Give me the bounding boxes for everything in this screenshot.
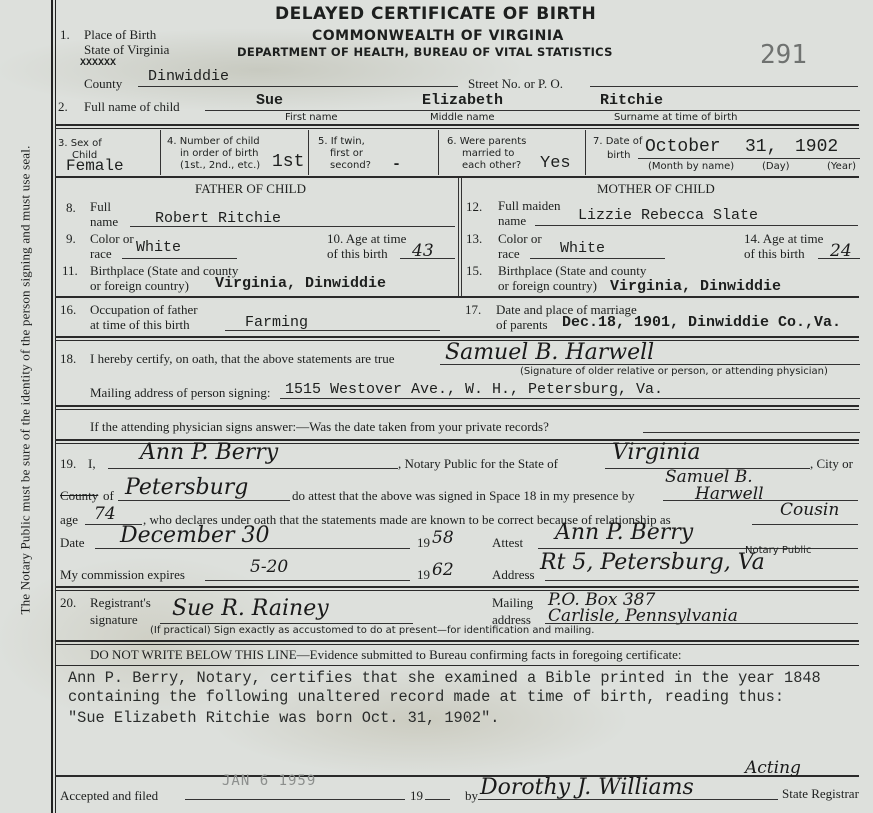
parents-divider [461,178,462,296]
dob-day: 31, [745,137,777,157]
underline [122,258,237,259]
mother-name-value: Lizzie Rebecca Slate [578,207,758,224]
notary-year-value: 58 [432,528,454,548]
twin-label: 5. If twin, [318,136,365,148]
accepted-filed-label: Accepted and filed [60,789,158,803]
mother-birthplace-value: Virginia, Dinwiddie [610,278,781,295]
father-name-label-2: name [90,215,118,229]
margin-note: The Notary Public must be sure of the id… [6,100,46,660]
notary-i-label: I, [88,457,96,471]
parents-divider [458,178,459,296]
physician-answer-line [643,432,860,433]
left-border-rule [51,0,53,813]
father-color-label: Color or [90,232,134,246]
rule [55,405,859,407]
county-value: Dinwiddie [148,68,229,85]
informant-signature: Samuel B. Harwell [445,340,654,365]
certify-label: I hereby certify, on oath, that the abov… [90,352,395,366]
certificate-number: 291 [760,40,807,70]
child-middle-name: Elizabeth [422,92,503,109]
of-label: of [103,489,114,503]
underline [95,548,410,549]
caption-year: (Year) [827,161,856,173]
field-18-number: 18. [60,352,76,366]
twin-value: - [392,156,401,173]
caption-surname: Surname at time of birth [614,112,737,123]
mother-color-label-2: race [498,247,520,261]
commission-value: 5-20 [250,557,288,577]
footer-year-prefix: 19 [410,789,423,803]
evidence-line-1: Ann P. Berry, Notary, certifies that she… [68,669,821,687]
caption-first-name: First name [285,112,338,123]
field-20-number: 20. [60,596,76,610]
registrant-mailing-label-2: address [492,613,531,627]
birth-certificate: The Notary Public must be sure of the id… [0,0,873,813]
registrant-label: Registrant's [90,596,151,610]
rule [55,409,859,410]
underline [225,330,440,331]
dob-underline [638,158,860,159]
twin-label-3: second? [330,160,371,172]
filed-date-stamp: JAN 6 1959 [222,773,316,789]
marriage-label-2: of parents [496,318,548,332]
year-prefix-label: 19 [417,568,430,582]
notary-date-label: Date [60,536,85,550]
occupation-label-2: at time of this birth [90,318,190,332]
notary-public-label: , Notary Public for the State of [398,457,558,471]
underline [280,398,860,399]
mother-age-label: 14. Age at time [744,232,823,246]
department-name: DEPARTMENT OF HEALTH, BUREAU OF VITAL ST… [237,45,613,59]
father-birthplace-label-2: or foreign country) [90,279,189,293]
father-age-label-2: of this birth [327,247,388,261]
notary-state-value: Virginia [612,440,701,465]
mother-birthplace-label-2: or foreign country) [498,279,597,293]
rule [55,128,859,129]
child-name-underline [205,110,860,111]
underline [818,258,860,259]
signature-caption: (Signature of older relative or person, … [520,366,828,377]
underline [545,623,858,624]
dob-label-2: birth [607,150,631,162]
caption-middle-name: Middle name [430,112,495,123]
document-subtitle: COMMONWEALTH OF VIRGINIA [312,28,564,44]
underline [160,623,413,624]
child-surname: Ritchie [600,92,663,109]
mailing-address-value: 1515 Westover Ave., W. H., Petersburg, V… [285,381,663,398]
rule [55,640,859,642]
registrar-signature: Dorothy J. Williams [480,775,694,800]
twin-label-2: first or [330,148,363,160]
rule [55,296,859,298]
county-underline [138,86,458,87]
city-or-label: , City or [810,457,853,471]
commission-year-value: 62 [432,560,454,580]
field-8-number: 8. [66,201,76,215]
married-label-3: each other? [462,160,521,172]
notary-date-value: December 30 [120,523,269,548]
evidence-line-3: "Sue Elizabeth Ritchie was born Oct. 31,… [68,709,499,727]
father-age-label: 10. Age at time [327,232,406,246]
rule [55,665,859,666]
box-divider [438,130,439,175]
underline [205,580,410,581]
box-divider [585,130,586,175]
underline [118,500,290,501]
rule [55,586,859,588]
field-12-number: 12. [466,200,482,214]
dob-label: 7. Date of [593,136,642,148]
birth-order-value: 1st [272,152,304,172]
underline [752,524,858,525]
caption-month: (Month by name) [648,161,734,173]
box-divider [308,130,309,175]
notary-city-value: Petersburg [125,475,248,500]
marriage-value: Dec.18, 1901, Dinwiddie Co.,Va. [562,314,841,331]
field-13-number: 13. [466,232,482,246]
notary-name-signature: Ann P. Berry [140,440,278,465]
sex-value: Female [66,157,124,175]
registrant-label-2: signature [90,613,138,627]
sex-label: 3. Sex of [58,138,102,150]
underline [130,226,455,227]
struck-out-text: XXXXXX [80,58,116,69]
underline [545,580,858,581]
mother-age-label-2: of this birth [744,247,805,261]
attest-signature: Ann P. Berry [555,520,693,545]
rule [55,775,859,777]
occupation-value: Farming [245,314,308,331]
box-divider [160,130,161,175]
dob-year: 1902 [795,137,838,157]
married-label-2: married to [462,148,514,160]
field-11-number: 11. [62,264,78,278]
state-registrar-label: State Registrar [782,787,859,801]
field-15-number: 15. [466,264,482,278]
field-16-number: 16. [60,303,76,317]
field-19-number: 19. [60,457,76,471]
underline [440,364,860,365]
birth-order-label-3: (1st., 2nd., etc.) [180,160,260,172]
underline [185,799,405,800]
document-title: DELAYED CERTIFICATE OF BIRTH [275,4,596,24]
father-name-value: Robert Ritchie [155,210,281,227]
father-birthplace-value: Virginia, Dinwiddie [215,275,386,292]
underline [108,468,398,469]
physician-question: If the attending physician signs answer:… [90,420,549,434]
caption-day: (Day) [762,161,790,173]
mother-birthplace-label: Birthplace (State and county [498,264,646,278]
mother-color-label: Color or [498,232,542,246]
mailing-address-label: Mailing address of person signing: [90,386,271,400]
child-first-name: Sue [256,92,283,109]
underline [535,225,858,226]
birth-order-label: 4. Number of child [167,136,260,148]
field-9-number: 9. [66,232,76,246]
field-1-number: 1. [60,28,70,42]
county-label: County [84,77,122,91]
father-color-value: White [136,239,181,256]
rule [55,336,859,338]
street-label: Street No. or P. O. [468,77,563,91]
rule [55,590,859,591]
signed-by-line-2: Harwell [695,484,764,504]
attest-label: do attest that the above was signed in S… [292,489,635,503]
state-label: State of Virginia [84,43,169,57]
year-prefix-label: 19 [417,536,430,550]
street-underline [590,86,858,87]
attest-signature-label: Attest [492,536,523,550]
place-of-birth-label: Place of Birth [84,28,156,42]
field-2-number: 2. [58,100,68,114]
evidence-heading: DO NOT WRITE BELOW THIS LINE—Evidence su… [90,648,681,662]
underline [530,258,665,259]
married-label: 6. Were parents [447,136,526,148]
registrant-mailing-label: Mailing [492,596,533,610]
relationship-value: Cousin [780,500,839,520]
father-color-label-2: race [90,247,112,261]
evidence-line-2: containing the following unaltered recor… [68,688,784,706]
rule [55,176,859,178]
registrant-signature: Sue R. Rainey [172,596,329,621]
mother-name-label-2: name [498,214,526,228]
underline [400,258,455,259]
dob-month: October [645,137,721,157]
notary-address-label: Address [492,568,535,582]
signer-age-label: age [60,513,78,527]
county-struck-label: County [60,489,98,503]
occupation-label: Occupation of father [90,303,198,317]
signer-age-value: 74 [94,504,116,524]
father-name-label: Full [90,200,111,214]
married-value: Yes [540,154,571,173]
birth-order-label-2: in order of birth [180,148,258,160]
mother-name-label: Full maiden [498,199,560,213]
rule [55,644,859,645]
underline [478,799,778,800]
child-name-label: Full name of child [84,100,180,114]
registrar-annotation: Acting [745,758,801,778]
commission-label: My commission expires [60,568,185,582]
mother-heading: MOTHER OF CHILD [597,182,715,196]
father-heading: FATHER OF CHILD [195,182,306,196]
mother-color-value: White [560,240,605,257]
rule [55,124,859,126]
by-label: by [465,789,478,803]
notary-instruction-text: The Notary Public must be sure of the id… [18,145,34,614]
underline [425,799,450,800]
field-17-number: 17. [465,303,481,317]
notary-address-value: Rt 5, Petersburg, Va [540,550,765,575]
